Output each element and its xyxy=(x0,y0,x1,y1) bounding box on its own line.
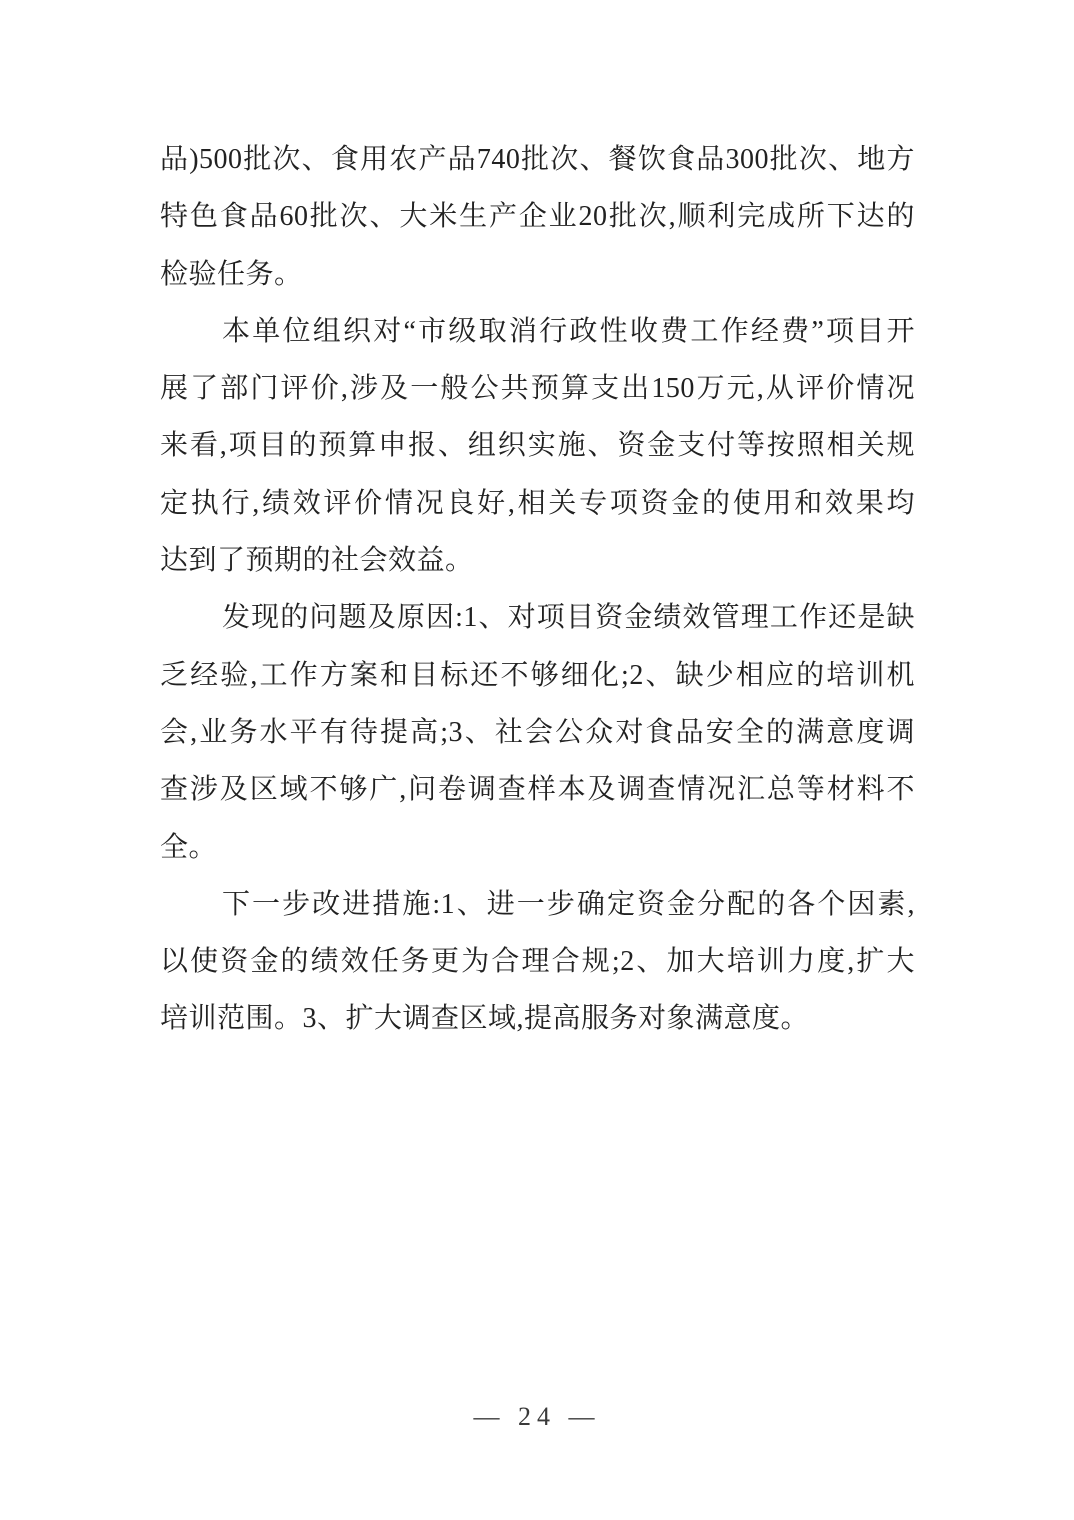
text-line: 下一步改进措施:1、进一步确定资金分配的各个因素, xyxy=(160,876,915,933)
text-line: 本单位组织对“市级取消行政性收费工作经费”项目开 xyxy=(160,303,915,360)
paragraph-improvement-measures: 下一步改进措施:1、进一步确定资金分配的各个因素, 以使资金的绩效任务更为合理合… xyxy=(160,876,915,1048)
paragraph-department-evaluation: 本单位组织对“市级取消行政性收费工作经费”项目开 展了部门评价,涉及一般公共预算… xyxy=(160,303,915,589)
paragraph-inspection-batches: 品)500批次、食用农产品740批次、餐饮食品300批次、地方 特色食品60批次… xyxy=(160,131,915,303)
document-body: 品)500批次、食用农产品740批次、餐饮食品300批次、地方 特色食品60批次… xyxy=(160,131,915,1048)
text-line: 查涉及区域不够广,问卷调查样本及调查情况汇总等材料不 xyxy=(160,761,915,818)
text-line: 检验任务。 xyxy=(160,246,915,303)
document-page: 品)500批次、食用农产品740批次、餐饮食品300批次、地方 特色食品60批次… xyxy=(0,0,1074,1520)
text-line: 展了部门评价,涉及一般公共预算支出150万元,从评价情况 xyxy=(160,360,915,417)
page-number: — 24 — xyxy=(0,1402,1074,1432)
text-line: 定执行,绩效评价情况良好,相关专项资金的使用和效果均 xyxy=(160,475,915,532)
text-line: 以使资金的绩效任务更为合理合规;2、加大培训力度,扩大 xyxy=(160,933,915,990)
text-line: 品)500批次、食用农产品740批次、餐饮食品300批次、地方 xyxy=(160,131,915,188)
text-line: 达到了预期的社会效益。 xyxy=(160,532,915,589)
text-line: 全。 xyxy=(160,819,915,876)
text-line: 会,业务水平有待提高;3、社会公众对食品安全的满意度调 xyxy=(160,704,915,761)
text-line: 乏经验,工作方案和目标还不够细化;2、缺少相应的培训机 xyxy=(160,647,915,704)
paragraph-problems-and-causes: 发现的问题及原因:1、对项目资金绩效管理工作还是缺 乏经验,工作方案和目标还不够… xyxy=(160,589,915,875)
text-line: 特色食品60批次、大米生产企业20批次,顺利完成所下达的 xyxy=(160,188,915,245)
text-line: 培训范围。3、扩大调查区域,提高服务对象满意度。 xyxy=(160,990,915,1047)
text-line: 来看,项目的预算申报、组织实施、资金支付等按照相关规 xyxy=(160,417,915,474)
text-line: 发现的问题及原因:1、对项目资金绩效管理工作还是缺 xyxy=(160,589,915,646)
